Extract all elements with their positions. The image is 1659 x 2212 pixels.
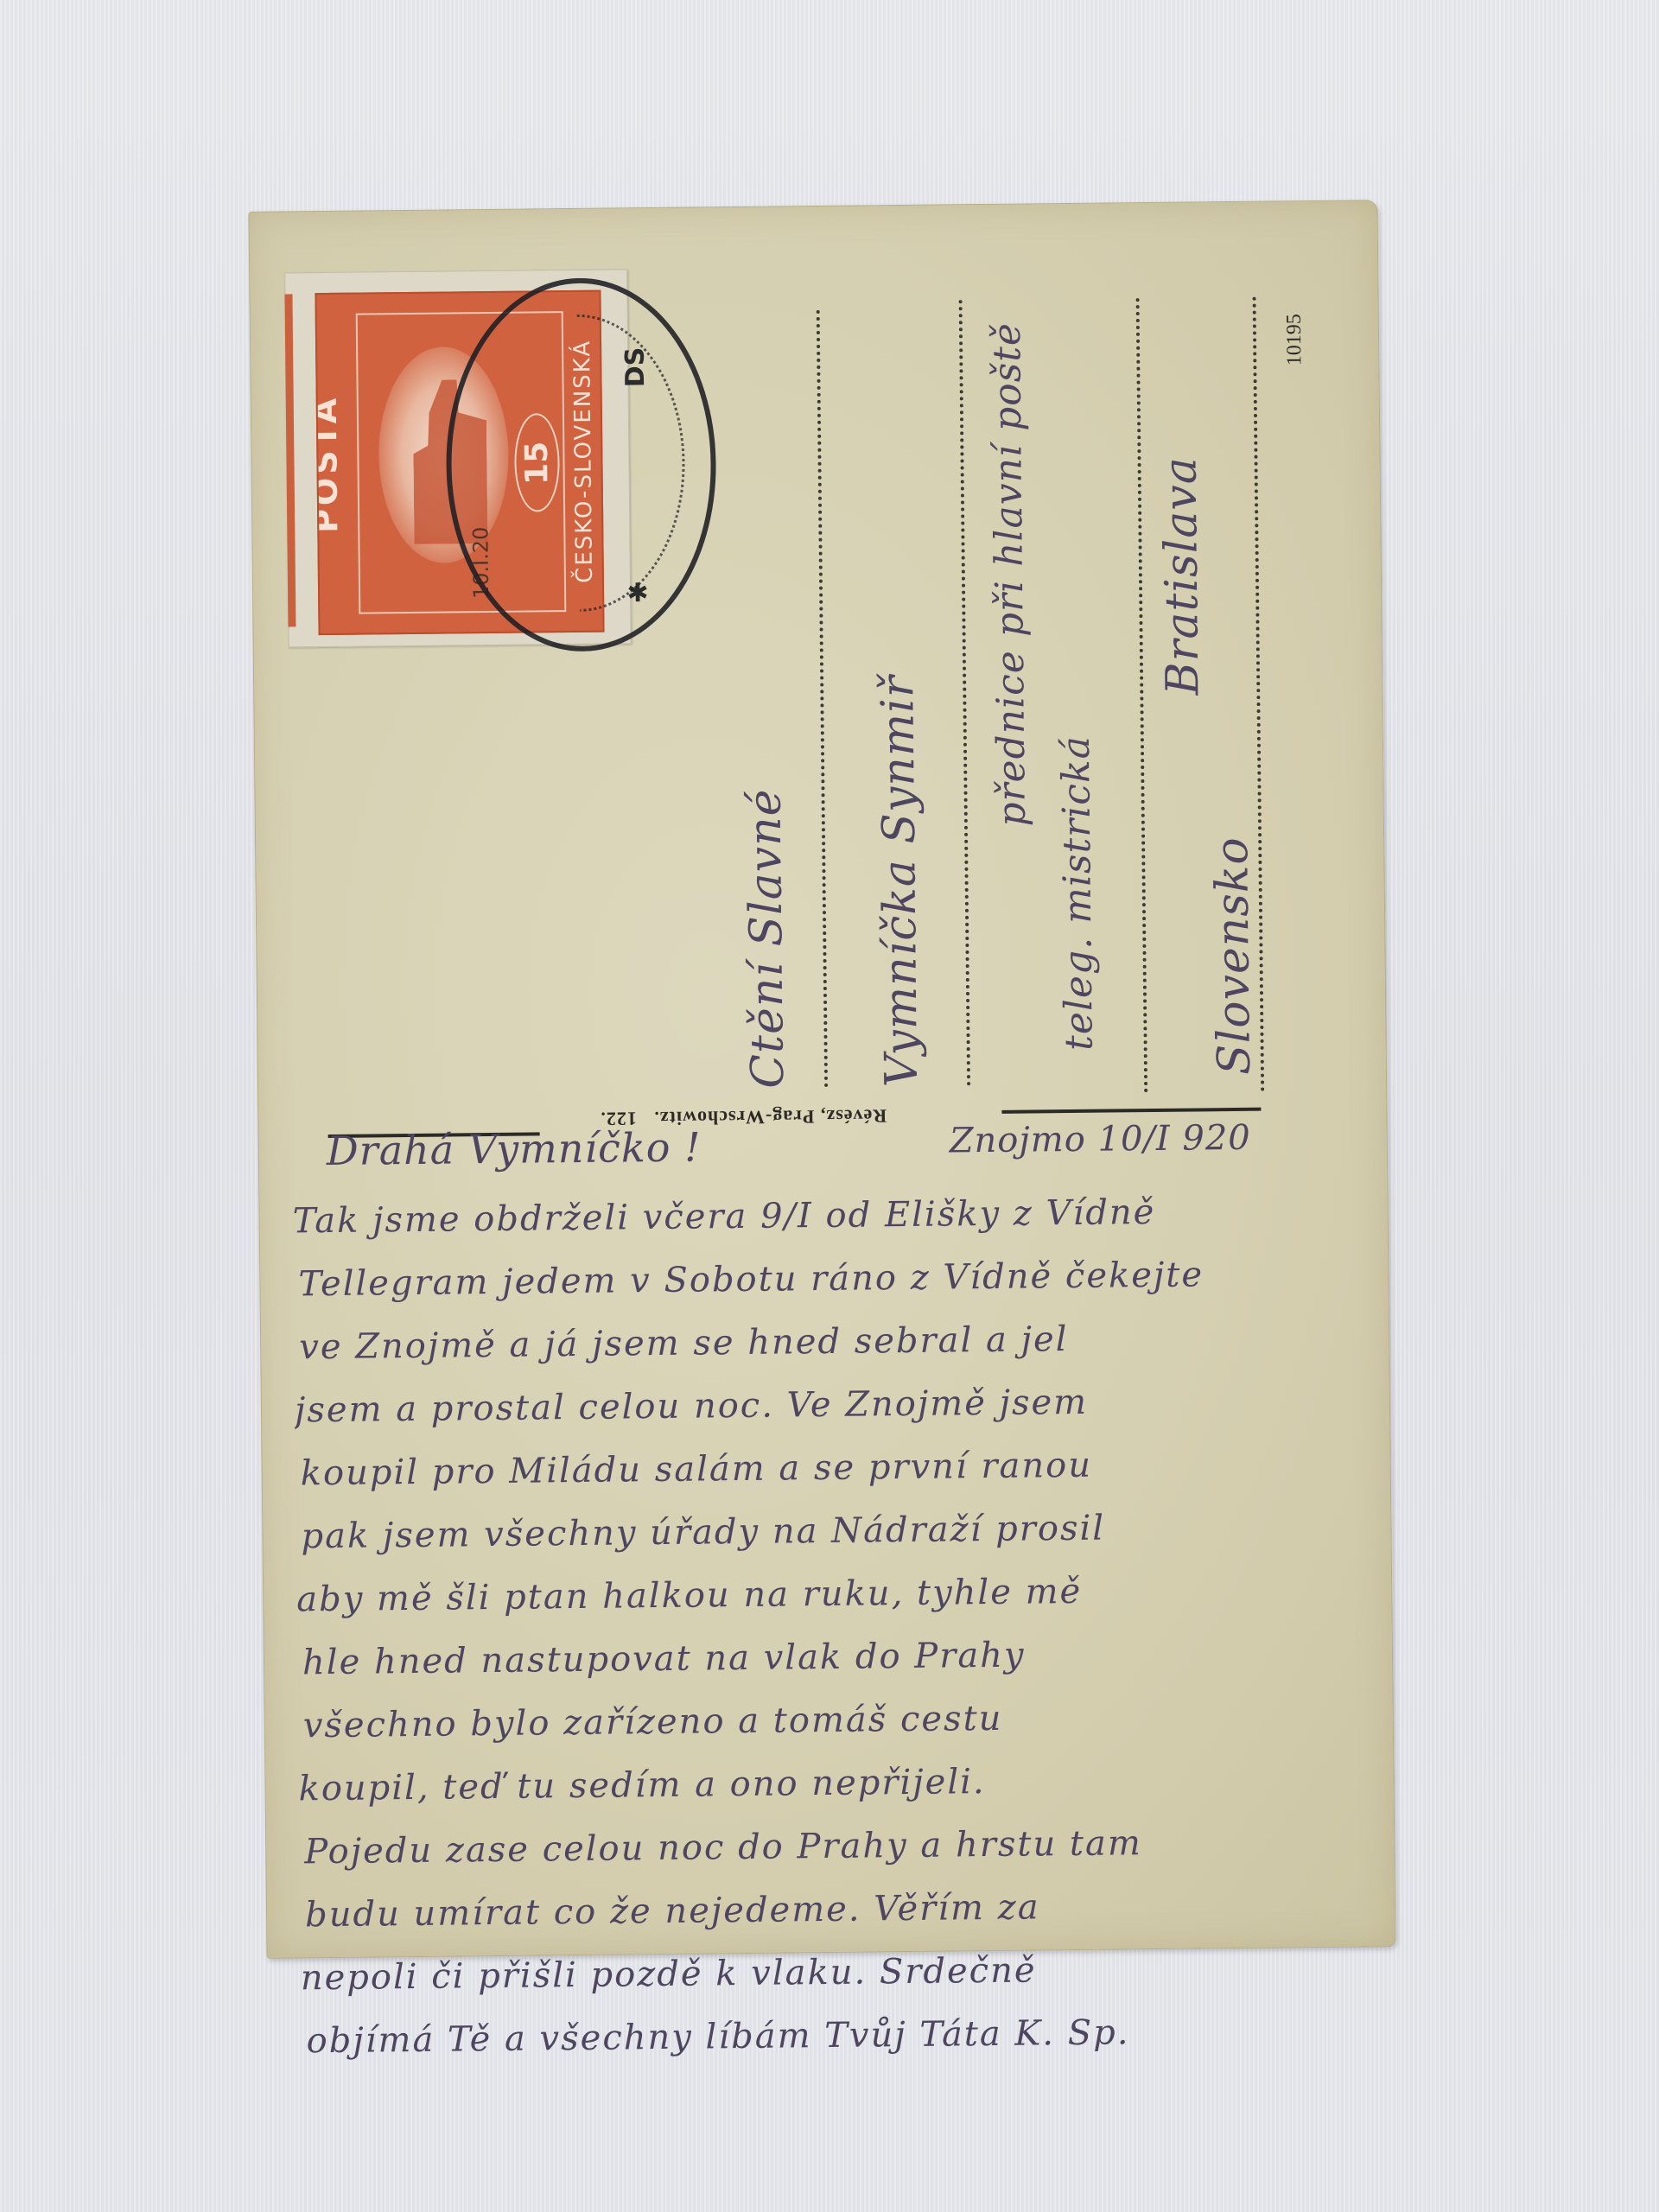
message-line: objímá Tě a všechny líbám Tvůj Táta K. S… [301,1999,1364,2073]
message-line: pak jsem všechny úřady na Nádraží prosil [296,1495,1359,1569]
message-line: hle hned nastupovat na vlak do Prahy [297,1621,1361,1695]
postcard: POŠTA ČESKO-SLOVENSKÁ 15 ✱ DS 10.I.20 10… [248,200,1395,1959]
address-line-text-2: Vymníčka Synmiř [869,430,928,1088]
salutation: Drahá Vymníčko ! [327,1123,702,1190]
address-line-3 [1136,298,1148,1093]
message-line: Tellegram jedem v Sobotu ráno z Vídně če… [293,1243,1357,1317]
address-line-2 [959,300,971,1086]
divider-right [1001,1108,1261,1114]
message-line: koupil, teď tu sedím a ono nepřijeli. [298,1747,1362,1821]
message-header: Drahá Vymníčko ! Znojmo 10/I 920 [292,1117,1356,1191]
address-line-1 [817,310,828,1088]
message-line: Pojedu zase celou noc do Prahy a hrstu t… [299,1810,1363,1885]
serial-number: 10195 [1283,314,1307,365]
message-line: Tak jsme obdrželi včera 9/I od Elišky z … [292,1179,1356,1254]
message-line: jsem a prostal celou noc. Ve Znojmě jsem [295,1369,1358,1443]
message-line: ve Znojmě a já jsem se hned sebral a jel [294,1306,1357,1380]
place-date: Znojmo 10/I 920 [949,1118,1251,1184]
address-line-text-6: Slovensko [1205,695,1261,1076]
message-line: všechno bylo zařízeno a tomáš cestu [297,1684,1361,1758]
message-line: budu umírat co že nejedeme. Věřím za [300,1873,1363,1948]
message-line: koupil pro Miládu salám a se první ranou [295,1432,1358,1506]
address-line-text-4: teleg. mistrická [1053,671,1102,1052]
address-line-text-5: Bratislava [1153,228,1210,696]
postmark-text: ✱ DS [605,346,668,607]
address-line-text-1: Ctění Slavné [738,656,794,1089]
postmark-star-icon: ✱ [622,575,652,606]
postmark-date: 10.I.20 [467,340,521,600]
message-line: aby mě šli ptan halkou na ruku, tyhle mě [296,1558,1360,1632]
address-line-text-3: přednice při hlavní poště [985,308,1034,827]
handwritten-message: Drahá Vymníčko ! Znojmo 10/I 920 Tak jsm… [292,1117,1364,2074]
message-body: Tak jsme obdrželi včera 9/I od Elišky z … [292,1179,1364,2074]
message-line: nepoli či přišli pozdě k vlaku. Srdečně [300,1936,1363,2011]
